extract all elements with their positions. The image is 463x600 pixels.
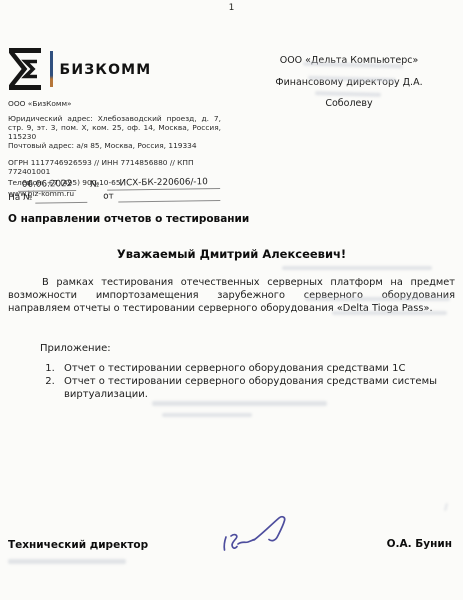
letter-page: 1 БИЗКОММ ООО «БизКомм» Юридический адре… xyxy=(0,0,463,600)
sender-header: БИЗКОММ ООО «БизКомм» Юридический адрес:… xyxy=(8,47,221,198)
scan-artifact xyxy=(305,297,450,301)
attachments-list: Отчет о тестировании серверного оборудов… xyxy=(24,362,462,401)
scan-artifact xyxy=(152,401,327,406)
scan-artifact xyxy=(8,559,126,564)
sender-company-name: ООО «БизКомм» xyxy=(8,99,221,108)
sender-legal-address: Юридический адрес: Хлебозаводский проезд… xyxy=(8,115,221,142)
salutation: Уважаемый Дмитрий Алексеевич! xyxy=(0,247,463,261)
signer-position: Технический директор xyxy=(8,539,148,551)
attachment-item: Отчет о тестировании серверного оборудов… xyxy=(58,375,462,401)
number-sign: № xyxy=(90,180,99,191)
reply-date-blank xyxy=(119,199,221,202)
recipient-block: ООО «Дельта Компьютерс» Финансовому дире… xyxy=(241,50,457,115)
logo-row: БИЗКОММ xyxy=(8,47,221,91)
sender-registration-numbers: ОГРН 1117746926593 // ИНН 7714856880 // … xyxy=(8,158,221,176)
letter-subject: О направлении отчетов о тестировании xyxy=(8,213,249,225)
attachments-label: Приложение: xyxy=(40,343,111,354)
reference-row-reply: На № от xyxy=(8,190,220,204)
signer-name: О.А. Бунин xyxy=(387,538,452,550)
bizkomm-logo-icon xyxy=(8,48,42,90)
letter-number: ИСХ-БК-220606/-10 xyxy=(107,177,220,191)
letter-body-paragraph: В рамках тестирования отечественных серв… xyxy=(8,276,455,315)
logo-divider xyxy=(50,51,53,87)
reply-number-blank xyxy=(35,201,87,204)
recipient-company: ООО «Дельта Компьютерс» xyxy=(241,50,457,72)
recipient-position: Финансовому директору Д.А. xyxy=(241,72,457,94)
handwritten-signature-icon xyxy=(218,509,303,559)
brand-name: БИЗКОММ xyxy=(60,60,152,78)
page-number: 1 xyxy=(0,3,463,13)
reply-number-label: На № xyxy=(8,193,32,204)
scan-artifact xyxy=(162,413,252,417)
reply-date-label: от xyxy=(103,192,114,203)
recipient-name: Соболеву xyxy=(241,93,457,115)
scan-artifact xyxy=(332,311,447,315)
attachment-item: Отчет о тестировании серверного оборудов… xyxy=(58,362,462,375)
scan-artifact xyxy=(444,503,448,511)
scan-artifact xyxy=(282,266,432,270)
letter-date: 06.06.2022 xyxy=(18,179,76,192)
reference-block: 06.06.2022 № ИСХ-БК-220606/-10 На № от xyxy=(8,177,220,204)
sender-postal-address: Почтовый адрес: а/я 85, Москва, Россия, … xyxy=(8,142,221,151)
